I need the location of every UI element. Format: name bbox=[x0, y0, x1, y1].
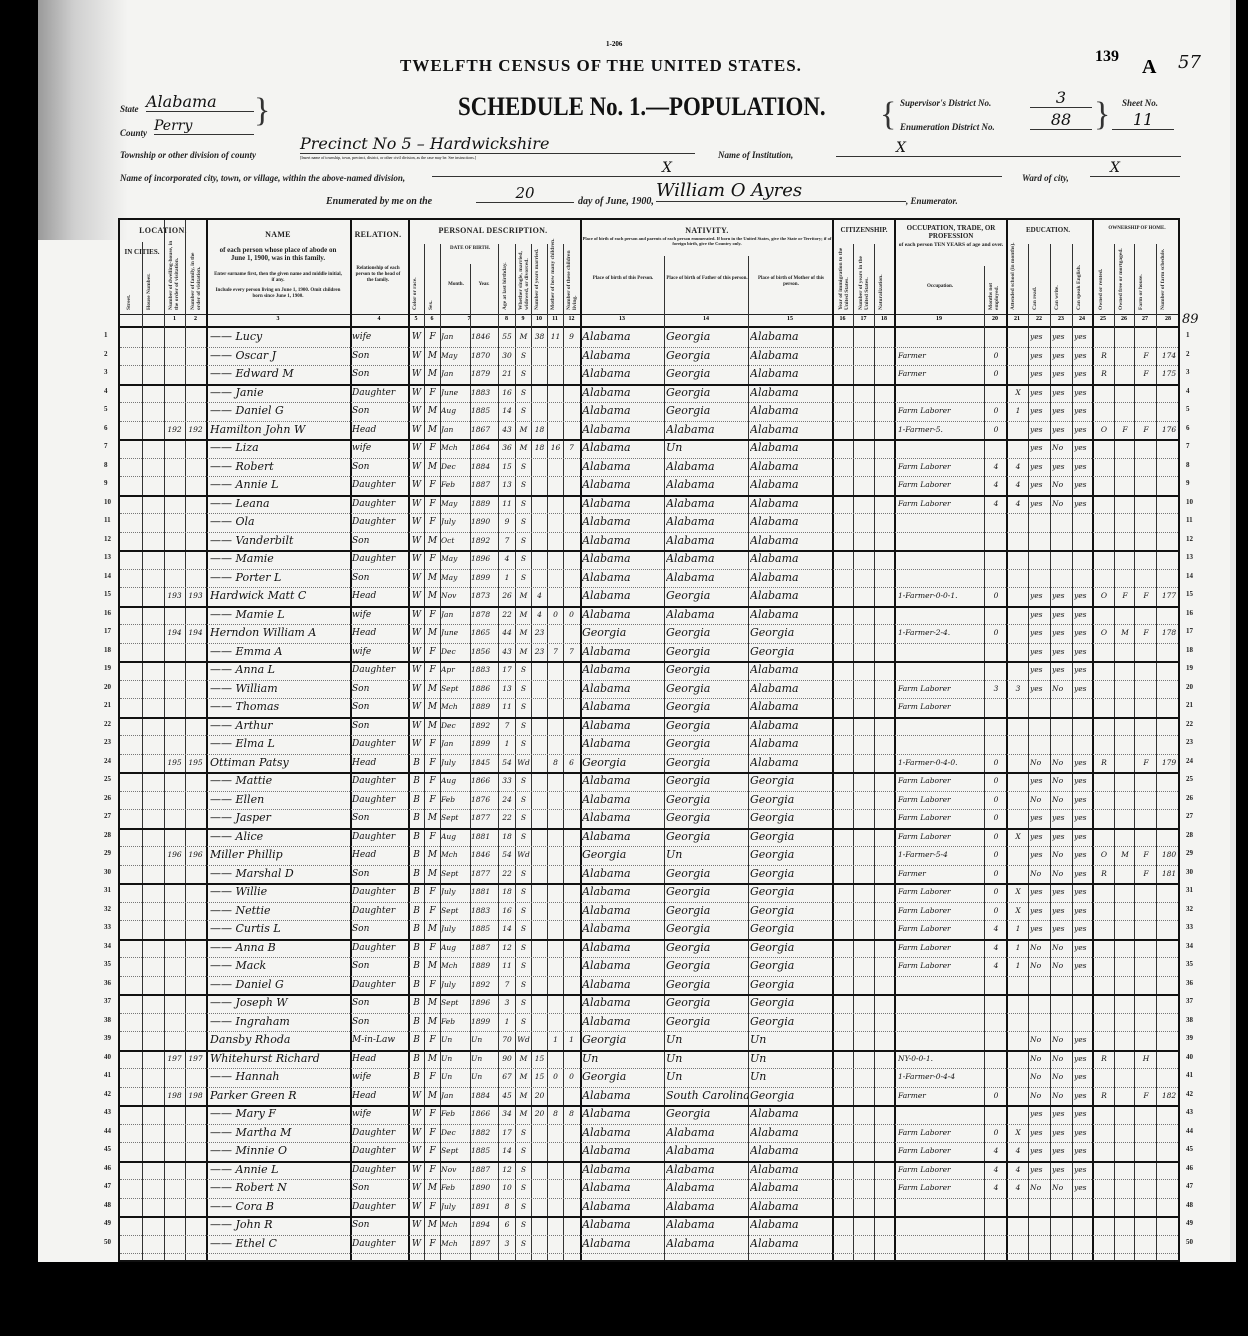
cell-ym bbox=[532, 661, 547, 680]
cell-rel: Daughter bbox=[352, 495, 408, 514]
cell-bf: Alabama bbox=[666, 476, 748, 495]
cell-chl bbox=[564, 1013, 579, 1032]
cell-farm bbox=[1136, 680, 1156, 699]
table-row: —— ThomasSonWMMch188911SAlabamaGeorgiaAl… bbox=[120, 698, 1178, 717]
cell-color: B bbox=[409, 809, 424, 828]
cell-mar: S bbox=[516, 791, 531, 810]
cell-occ: Farm Laborer bbox=[898, 809, 984, 828]
row-number: 14 bbox=[1186, 572, 1193, 580]
table-row: —— Robert NSonWMFeb189010SAlabamaAlabama… bbox=[120, 1179, 1178, 1198]
column-number: 25 bbox=[1092, 316, 1114, 322]
column-number: 8 bbox=[498, 316, 515, 322]
cell-age: 16 bbox=[499, 902, 515, 921]
cell-mort bbox=[1116, 606, 1134, 625]
cell-occ bbox=[898, 1235, 984, 1254]
cell-sex: M bbox=[425, 920, 440, 939]
cell-bm: Georgia bbox=[750, 865, 832, 884]
cell-read bbox=[1030, 717, 1050, 736]
cell-own bbox=[1094, 735, 1114, 754]
city-value: X bbox=[432, 160, 1002, 177]
cell-dw bbox=[164, 328, 185, 347]
cell-own: R bbox=[1094, 347, 1114, 366]
cell-write: yes bbox=[1052, 347, 1072, 366]
cell-ch bbox=[548, 458, 563, 477]
cell-rel: Son bbox=[352, 994, 408, 1013]
cell-bp: Alabama bbox=[582, 809, 664, 828]
cell-chl bbox=[564, 476, 579, 495]
column-number: 3 bbox=[206, 316, 350, 322]
cell-bp: Alabama bbox=[582, 698, 664, 717]
cell-read: No bbox=[1030, 1031, 1050, 1050]
cell-color: B bbox=[409, 920, 424, 939]
cell-name: Hamilton John W bbox=[210, 421, 350, 440]
cell-sch bbox=[1008, 1050, 1028, 1069]
cell-month: July bbox=[441, 754, 470, 773]
cell-chl bbox=[564, 717, 579, 736]
cell-mar: S bbox=[516, 976, 531, 995]
cell-year: 1877 bbox=[471, 809, 498, 828]
cell-mort bbox=[1116, 1179, 1134, 1198]
header-house-number: House Number. bbox=[146, 264, 152, 310]
cell-write: No bbox=[1052, 957, 1072, 976]
cell-own bbox=[1094, 1161, 1114, 1180]
county-value: Perry bbox=[154, 118, 254, 135]
cell-mne bbox=[986, 439, 1006, 458]
cell-year: 1892 bbox=[471, 717, 498, 736]
cell-sex: F bbox=[425, 495, 440, 514]
cell-sch: 3 bbox=[1008, 680, 1028, 699]
cell-bm: Alabama bbox=[750, 476, 832, 495]
cell-chl: 7 bbox=[564, 643, 579, 662]
cell-year: 1883 bbox=[471, 661, 498, 680]
cell-sch bbox=[1008, 994, 1028, 1013]
cell-bf: Georgia bbox=[666, 328, 748, 347]
cell-fam bbox=[185, 328, 206, 347]
cell-bp: Alabama bbox=[582, 402, 664, 421]
cell-read: yes bbox=[1030, 902, 1050, 921]
cell-eng: yes bbox=[1074, 1124, 1092, 1143]
cell-name: —— Ola bbox=[210, 513, 350, 532]
cell-farm bbox=[1136, 1142, 1156, 1161]
cell-name: Whitehurst Richard bbox=[210, 1050, 350, 1069]
cell-sch bbox=[1008, 1031, 1028, 1050]
cell-year: 1883 bbox=[471, 384, 498, 403]
cell-eng: yes bbox=[1074, 384, 1092, 403]
cell-mort bbox=[1116, 883, 1134, 902]
cell-year: 1891 bbox=[471, 1198, 498, 1217]
cell-mne: 0 bbox=[986, 754, 1006, 773]
row-number: 11 bbox=[1186, 516, 1193, 524]
cell-year: 1873 bbox=[471, 587, 498, 606]
row-number: 22 bbox=[1186, 720, 1193, 728]
table-row: —— Elma LDaughterWFJan18991SAlabamaGeorg… bbox=[120, 735, 1178, 754]
cell-mne: 0 bbox=[986, 1124, 1006, 1143]
cell-name: —— Annie L bbox=[210, 1161, 350, 1180]
cell-sched bbox=[1158, 513, 1180, 532]
row-number: 20 bbox=[104, 683, 111, 691]
cell-own bbox=[1094, 717, 1114, 736]
cell-ym bbox=[532, 550, 547, 569]
cell-chl: 1 bbox=[564, 1031, 579, 1050]
cell-color: W bbox=[409, 680, 424, 699]
header-location: LOCATION. bbox=[120, 226, 206, 235]
cell-eng: yes bbox=[1074, 1142, 1092, 1161]
cell-mar: M bbox=[516, 624, 531, 643]
row-number: 19 bbox=[1186, 664, 1193, 672]
cell-age: 22 bbox=[499, 865, 515, 884]
cell-bp: Alabama bbox=[582, 1235, 664, 1254]
cell-occ: 1-Farmer-5-4 bbox=[898, 846, 984, 865]
cell-sch bbox=[1008, 1087, 1028, 1106]
cell-mne: 4 bbox=[986, 1142, 1006, 1161]
table-row: —— LucywifeWFJan184655M38119AlabamaGeorg… bbox=[120, 328, 1178, 347]
cell-chl: 7 bbox=[564, 439, 579, 458]
cell-dw bbox=[164, 495, 185, 514]
table-row: 196196Miller PhillipHeadBMMch184654WdGeo… bbox=[120, 846, 1178, 865]
cell-sched bbox=[1158, 476, 1180, 495]
cell-own bbox=[1094, 1216, 1114, 1235]
cell-ch bbox=[548, 495, 563, 514]
cell-farm bbox=[1136, 902, 1156, 921]
cell-mort bbox=[1116, 1068, 1134, 1087]
header-ownership: OWNERSHIP OF HOME. bbox=[1094, 226, 1180, 232]
cell-rel: Daughter bbox=[352, 1235, 408, 1254]
cell-color: W bbox=[409, 495, 424, 514]
cell-bp: Alabama bbox=[582, 994, 664, 1013]
cell-own bbox=[1094, 1013, 1114, 1032]
cell-dw bbox=[164, 957, 185, 976]
cell-mort bbox=[1116, 976, 1134, 995]
row-number: 6 bbox=[1186, 424, 1190, 432]
cell-own: R bbox=[1094, 865, 1114, 884]
cell-fam bbox=[185, 1124, 206, 1143]
cell-name: Parker Green R bbox=[210, 1087, 350, 1106]
cell-bp: Alabama bbox=[582, 532, 664, 551]
cell-ch: 16 bbox=[548, 439, 563, 458]
cell-read: yes bbox=[1030, 439, 1050, 458]
cell-write: No bbox=[1052, 1179, 1072, 1198]
cell-sex: M bbox=[425, 1179, 440, 1198]
cell-dw bbox=[164, 365, 185, 384]
cell-mar: S bbox=[516, 458, 531, 477]
table-row: —— Porter LSonWMMay18991SAlabamaAlabamaA… bbox=[120, 569, 1178, 588]
cell-name: —— Robert N bbox=[210, 1179, 350, 1198]
cell-farm bbox=[1136, 476, 1156, 495]
cell-fam: 195 bbox=[185, 754, 206, 773]
row-number: 36 bbox=[1186, 979, 1193, 987]
cell-year: 1885 bbox=[471, 920, 498, 939]
header-marital: Whether single, married, widowed, or div… bbox=[518, 236, 530, 310]
cell-mne: 0 bbox=[986, 883, 1006, 902]
cell-own bbox=[1094, 495, 1114, 514]
cell-ch bbox=[548, 865, 563, 884]
cell-bf: Georgia bbox=[666, 365, 748, 384]
cell-ch bbox=[548, 1050, 563, 1069]
cell-fam bbox=[185, 735, 206, 754]
cell-ch bbox=[548, 1161, 563, 1180]
cell-color: W bbox=[409, 1105, 424, 1124]
cell-mort bbox=[1116, 791, 1134, 810]
cell-color: B bbox=[409, 846, 424, 865]
cell-mort bbox=[1116, 1198, 1134, 1217]
cell-chl bbox=[564, 920, 579, 939]
cell-farm bbox=[1136, 698, 1156, 717]
cell-sex: F bbox=[425, 384, 440, 403]
cell-chl bbox=[564, 1161, 579, 1180]
cell-sex: M bbox=[425, 809, 440, 828]
cell-color: W bbox=[409, 1235, 424, 1254]
cell-farm bbox=[1136, 328, 1156, 347]
cell-bp: Alabama bbox=[582, 902, 664, 921]
row-number: 9 bbox=[1186, 479, 1190, 487]
cell-own: O bbox=[1094, 846, 1114, 865]
cell-eng: yes bbox=[1074, 1179, 1092, 1198]
cell-sched bbox=[1158, 1105, 1180, 1124]
cell-bm: Georgia bbox=[750, 976, 832, 995]
cell-sex: F bbox=[425, 1161, 440, 1180]
cell-eng: yes bbox=[1074, 939, 1092, 958]
cell-dw bbox=[164, 902, 185, 921]
cell-sex: M bbox=[425, 421, 440, 440]
cell-rel: Son bbox=[352, 532, 408, 551]
cell-name: —— Nettie bbox=[210, 902, 350, 921]
cell-write: yes bbox=[1052, 328, 1072, 347]
cell-sch bbox=[1008, 661, 1028, 680]
cell-chl bbox=[564, 976, 579, 995]
cell-write: No bbox=[1052, 1068, 1072, 1087]
cell-ym bbox=[532, 717, 547, 736]
column-number: 4 bbox=[350, 316, 408, 322]
cell-ym bbox=[532, 939, 547, 958]
cell-rel: Daughter bbox=[352, 1161, 408, 1180]
cell-write: yes bbox=[1052, 1161, 1072, 1180]
cell-year: 1845 bbox=[471, 754, 498, 773]
cell-color: W bbox=[409, 513, 424, 532]
cell-sched bbox=[1158, 1142, 1180, 1161]
row-number: 43 bbox=[1186, 1108, 1193, 1116]
brace: } bbox=[254, 92, 270, 130]
cell-sex: F bbox=[425, 643, 440, 662]
cell-mne: 4 bbox=[986, 939, 1006, 958]
cell-sch bbox=[1008, 1216, 1028, 1235]
cell-bm: Georgia bbox=[750, 828, 832, 847]
header-months-unemployed: Months not employed. bbox=[988, 260, 1000, 310]
cell-color: W bbox=[409, 550, 424, 569]
cell-ym bbox=[532, 1124, 547, 1143]
cell-dw: 197 bbox=[164, 1050, 185, 1069]
cell-write bbox=[1052, 717, 1072, 736]
cell-age: 4 bbox=[499, 550, 515, 569]
cell-bm: Alabama bbox=[750, 1124, 832, 1143]
cell-bm: Alabama bbox=[750, 606, 832, 625]
row-number: 42 bbox=[104, 1090, 111, 1098]
cell-occ bbox=[898, 532, 984, 551]
cell-write: yes bbox=[1052, 809, 1072, 828]
cell-farm bbox=[1136, 1068, 1156, 1087]
brace: { bbox=[880, 96, 896, 134]
cell-bm: Alabama bbox=[750, 495, 832, 514]
cell-sch bbox=[1008, 439, 1028, 458]
cell-sched bbox=[1158, 1124, 1180, 1143]
row-number: 18 bbox=[104, 646, 111, 654]
cell-bm: Alabama bbox=[750, 1105, 832, 1124]
cell-ch bbox=[548, 698, 563, 717]
cell-age: 36 bbox=[499, 439, 515, 458]
cell-ch bbox=[548, 976, 563, 995]
cell-ym bbox=[532, 698, 547, 717]
row-number: 2 bbox=[1186, 350, 1190, 358]
cell-bm: Alabama bbox=[750, 1161, 832, 1180]
cell-year: 1870 bbox=[471, 347, 498, 366]
cell-ym bbox=[532, 865, 547, 884]
row-number: 21 bbox=[104, 701, 111, 709]
cell-mne bbox=[986, 994, 1006, 1013]
cell-sched bbox=[1158, 495, 1180, 514]
cell-mne: 4 bbox=[986, 1179, 1006, 1198]
county-label: County bbox=[120, 128, 147, 138]
cell-sched bbox=[1158, 384, 1180, 403]
cell-own: O bbox=[1094, 587, 1114, 606]
cell-occ: 1-Farmer-2-4. bbox=[898, 624, 984, 643]
cell-own bbox=[1094, 439, 1114, 458]
cell-color: W bbox=[409, 698, 424, 717]
cell-bf: Alabama bbox=[666, 1216, 748, 1235]
cell-bm: Alabama bbox=[750, 328, 832, 347]
cell-occ: Farm Laborer bbox=[898, 828, 984, 847]
cell-mne: 0 bbox=[986, 624, 1006, 643]
page-letter: A bbox=[1142, 56, 1156, 79]
cell-read bbox=[1030, 1235, 1050, 1254]
cell-bp: Alabama bbox=[582, 1087, 664, 1106]
cell-year: 1896 bbox=[471, 994, 498, 1013]
table-row: —— Joseph WSonBMSept18963SAlabamaGeorgia… bbox=[120, 994, 1178, 1013]
table-row: Dansby RhodaM-in-LawBFUnUn70Wd11GeorgiaU… bbox=[120, 1031, 1178, 1050]
cell-read bbox=[1030, 1198, 1050, 1217]
cell-ym: 15 bbox=[532, 1050, 547, 1069]
row-number: 45 bbox=[104, 1145, 111, 1153]
cell-mar: M bbox=[516, 1068, 531, 1087]
column-number: 11 bbox=[547, 316, 563, 322]
cell-chl bbox=[564, 569, 579, 588]
row-number: 40 bbox=[1186, 1053, 1193, 1061]
cell-dw bbox=[164, 1161, 185, 1180]
cell-ch: 1 bbox=[548, 1031, 563, 1050]
cell-own bbox=[1094, 809, 1114, 828]
cell-own bbox=[1094, 939, 1114, 958]
cell-rel: Daughter bbox=[352, 550, 408, 569]
cell-ch bbox=[548, 680, 563, 699]
cell-bf: Georgia bbox=[666, 624, 748, 643]
cell-mar: M bbox=[516, 1087, 531, 1106]
cell-ym bbox=[532, 1235, 547, 1254]
cell-month: Sept bbox=[441, 809, 470, 828]
column-number: 24 bbox=[1072, 316, 1092, 322]
cell-occ: Farmer bbox=[898, 347, 984, 366]
cell-bm: Alabama bbox=[750, 384, 832, 403]
cell-own bbox=[1094, 680, 1114, 699]
cell-ym: 23 bbox=[532, 624, 547, 643]
cell-write: yes bbox=[1052, 421, 1072, 440]
cell-write: yes bbox=[1052, 828, 1072, 847]
cell-sch bbox=[1008, 624, 1028, 643]
cell-eng: yes bbox=[1074, 1068, 1092, 1087]
cell-sex: F bbox=[425, 1031, 440, 1050]
cell-year: 1856 bbox=[471, 643, 498, 662]
cell-name: —— Mamie L bbox=[210, 606, 350, 625]
cell-bf: Georgia bbox=[666, 957, 748, 976]
cell-sch bbox=[1008, 421, 1028, 440]
cell-name: —— Daniel G bbox=[210, 976, 350, 995]
cell-bp: Alabama bbox=[582, 643, 664, 662]
cell-mar: S bbox=[516, 717, 531, 736]
cell-sex: F bbox=[425, 976, 440, 995]
row-number: 20 bbox=[1186, 683, 1193, 691]
schedule-title: SCHEDULE No. 1.—POPULATION. bbox=[458, 92, 826, 122]
cell-eng bbox=[1074, 550, 1092, 569]
cell-sch bbox=[1008, 735, 1028, 754]
cell-bp: Alabama bbox=[582, 1161, 664, 1180]
cell-year: 1894 bbox=[471, 1216, 498, 1235]
cell-dw bbox=[164, 772, 185, 791]
cell-name: —— Minnie O bbox=[210, 1142, 350, 1161]
cell-sex: M bbox=[425, 1050, 440, 1069]
cell-sex: F bbox=[425, 939, 440, 958]
cell-month: June bbox=[441, 624, 470, 643]
cell-bp: Alabama bbox=[582, 661, 664, 680]
cell-year: 1882 bbox=[471, 1124, 498, 1143]
cell-sex: M bbox=[425, 717, 440, 736]
cell-mort bbox=[1116, 1087, 1134, 1106]
cell-sex: F bbox=[425, 1142, 440, 1161]
cell-mar: M bbox=[516, 439, 531, 458]
cell-eng: yes bbox=[1074, 791, 1092, 810]
cell-dw bbox=[164, 698, 185, 717]
cell-sch bbox=[1008, 791, 1028, 810]
cell-mar: S bbox=[516, 828, 531, 847]
cell-occ: Farm Laborer bbox=[898, 920, 984, 939]
header-personal: PERSONAL DESCRIPTION. bbox=[408, 226, 578, 235]
cell-eng bbox=[1074, 1013, 1092, 1032]
cell-eng: yes bbox=[1074, 495, 1092, 514]
cell-mar: M bbox=[516, 421, 531, 440]
cell-fam: 194 bbox=[185, 624, 206, 643]
header-name-desc: of each person whose place of abode on J… bbox=[212, 246, 344, 262]
row-number: 11 bbox=[104, 516, 111, 524]
cell-sch: 4 bbox=[1008, 1161, 1028, 1180]
cell-color: W bbox=[409, 1179, 424, 1198]
cell-farm bbox=[1136, 384, 1156, 403]
cell-sex: M bbox=[425, 458, 440, 477]
cell-own: O bbox=[1094, 624, 1114, 643]
cell-mar: S bbox=[516, 495, 531, 514]
table-row: —— LeanaDaughterWFMay188911SAlabamaAlaba… bbox=[120, 495, 1178, 514]
header-birth-mother: Place of birth of Mother of this person. bbox=[750, 276, 832, 288]
cell-color: B bbox=[409, 772, 424, 791]
cell-ch bbox=[548, 532, 563, 551]
cell-mar: S bbox=[516, 902, 531, 921]
cell-bp: Alabama bbox=[582, 1216, 664, 1235]
cell-name: —— Mamie bbox=[210, 550, 350, 569]
cell-write: No bbox=[1052, 680, 1072, 699]
cell-farm bbox=[1136, 994, 1156, 1013]
cell-year: 1889 bbox=[471, 495, 498, 514]
cell-sex: F bbox=[425, 328, 440, 347]
cell-fam: 193 bbox=[185, 587, 206, 606]
cell-chl: 8 bbox=[564, 1105, 579, 1124]
cell-age: 11 bbox=[499, 495, 515, 514]
cell-age: 26 bbox=[499, 587, 515, 606]
cell-mne bbox=[986, 1068, 1006, 1087]
